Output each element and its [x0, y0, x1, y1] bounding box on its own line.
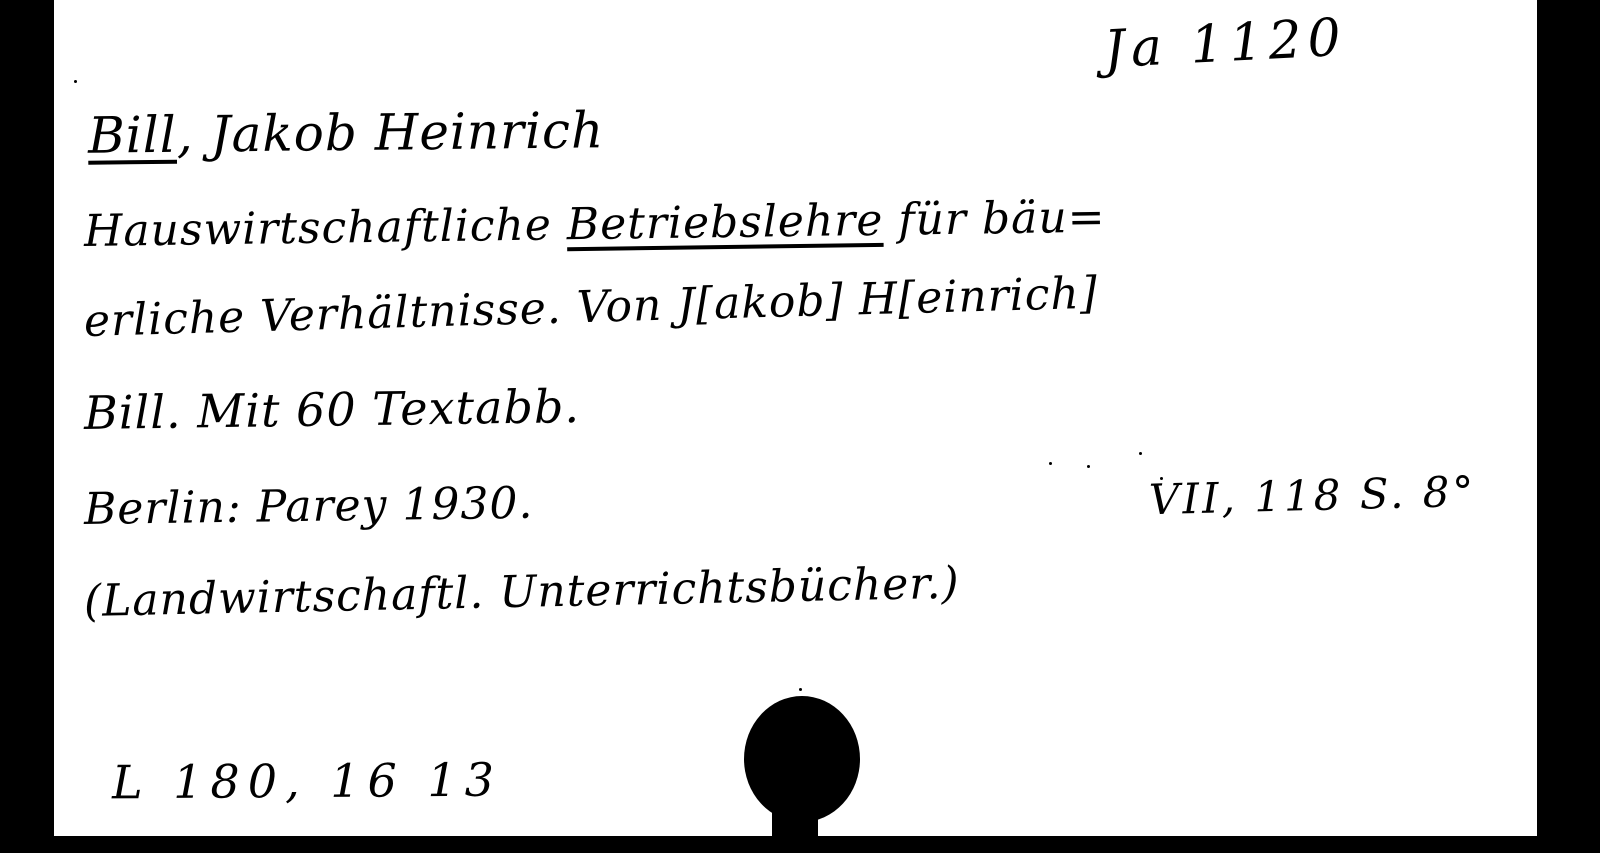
imprint: Berlin: Parey 1930. — [84, 482, 534, 532]
scan-speck — [1049, 462, 1052, 465]
author-forenames: , Jakob Heinrich — [176, 101, 604, 163]
title-line-1: Hauswirtschaftliche Betriebslehre für bä… — [84, 196, 1106, 254]
title-line-3: Bill. Mit 60 Textabb. — [84, 383, 581, 436]
title-line-2: erliche Verhältnisse. Von J[akob] H[einr… — [83, 272, 1098, 344]
scan-speck — [74, 80, 77, 83]
title-line-1-post: für bäu= — [883, 192, 1106, 246]
scan-speck — [799, 688, 802, 691]
scan-speck — [1087, 465, 1090, 468]
scanned-card-image: Ja 1120 Bill, Jakob Heinrich Hauswirtsch… — [0, 0, 1600, 853]
shelfmark-top: Ja 1120 — [1103, 12, 1348, 77]
punch-hole-notch — [772, 800, 818, 836]
scan-speck — [1160, 477, 1163, 480]
title-line-1-pre: Hauswirtschaftliche — [84, 199, 568, 257]
catalog-card: Ja 1120 Bill, Jakob Heinrich Hauswirtsch… — [54, 0, 1537, 836]
title-keyword: Betriebslehre — [566, 195, 883, 250]
shelfmark-bottom: L 180, 16 13 — [112, 757, 502, 806]
collation: VII, 118 S. 8° — [1149, 471, 1477, 522]
scan-speck — [1139, 452, 1142, 455]
author-heading: Bill, Jakob Heinrich — [88, 105, 605, 160]
series-statement: (Landwirtschaftl. Unterrichtsbücher.) — [84, 562, 961, 624]
author-surname: Bill — [88, 106, 177, 165]
